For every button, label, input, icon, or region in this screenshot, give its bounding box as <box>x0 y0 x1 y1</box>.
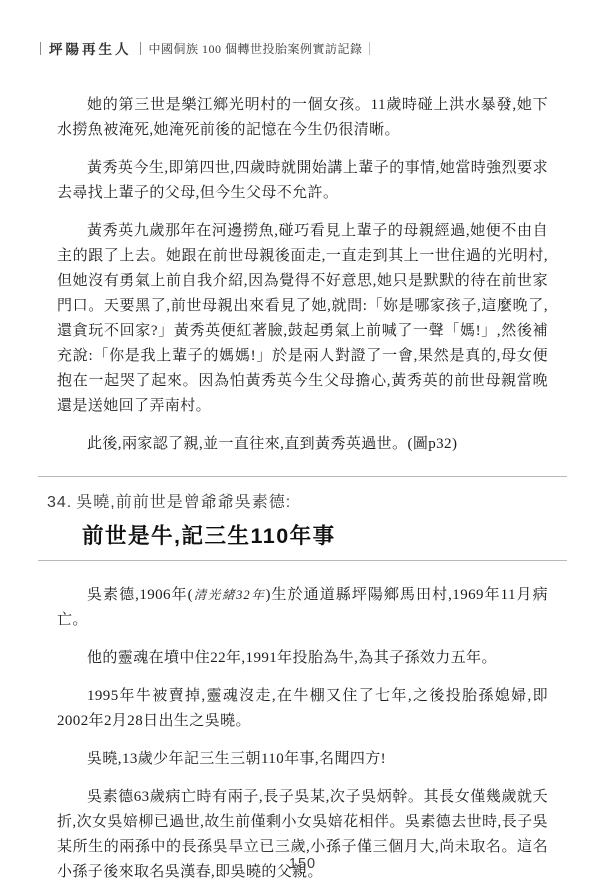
book-title: 坪陽再生人 <box>49 38 132 58</box>
paragraph: 1995年牛被賣掉,靈魂沒走,在牛棚又住了七年,之後投胎孫媳婦,即2002年2月… <box>57 684 548 734</box>
paragraph: 黃秀英九歲那年在河邊撈魚,碰巧看見上輩子的母親經過,她便不由自主的跟了上去。她跟… <box>57 219 548 419</box>
book-page: 坪陽再生人 中國侗族 100 個轉世投胎案例實訪記錄 她的第三世是樂江鄉光明村的… <box>0 0 605 896</box>
paragraph: 吳曉,13歲少年記三生三朝110年事,名聞四方! <box>57 747 548 772</box>
running-header: 坪陽再生人 中國侗族 100 個轉世投胎案例實訪記錄 <box>40 38 565 58</box>
paragraph: 她的第三世是樂江鄉光明村的一個女孩。11歲時碰上洪水暴發,她下水撈魚被淹死,她淹… <box>57 93 548 143</box>
page-number: 150 <box>0 856 605 872</box>
paragraph: 他的靈魂在墳中住22年,1991年投胎為牛,為其子孫效力五年。 <box>57 646 548 671</box>
case33-text: 她的第三世是樂江鄉光明村的一個女孩。11歲時碰上洪水暴發,她下水撈魚被淹死,她淹… <box>57 93 548 457</box>
section-subtitle-line: 34.吳曉,前前世是曾爺爺吳素德: <box>47 489 565 512</box>
header-rule-right <box>369 42 370 55</box>
paragraph: 吳素德,1906年(清光緒32年)生於通道縣坪陽鄉馬田村,1969年11月病亡。 <box>57 583 548 633</box>
section-divider-top <box>38 476 567 477</box>
section-heading: 34.吳曉,前前世是曾爺爺吳素德: 前世是牛,記三生110年事 <box>47 489 565 550</box>
section-divider-bottom <box>38 560 567 561</box>
paragraph: 黃秀英今生,即第四世,四歲時就開始講上輩子的事情,她當時強烈要求去尋找上輩子的父… <box>57 156 548 206</box>
book-subtitle: 中國侗族 100 個轉世投胎案例實訪記錄 <box>149 40 363 57</box>
section-subtitle: 吳曉,前前世是曾爺爺吳素德: <box>76 494 291 511</box>
section-number: 34. <box>47 494 72 511</box>
era-note: 清光緒32年 <box>193 588 265 602</box>
header-rule-mid <box>140 42 141 55</box>
header-rule-left <box>40 42 41 55</box>
birth-sentence-pre: 吳素德,1906年( <box>87 587 193 603</box>
case34-text: 吳素德,1906年(清光緒32年)生於通道縣坪陽鄉馬田村,1969年11月病亡。… <box>57 583 548 885</box>
paragraph: 此後,兩家認了親,並一直往來,直到黃秀英過世。(圖p32) <box>57 432 548 457</box>
section-title: 前世是牛,記三生110年事 <box>47 519 565 550</box>
